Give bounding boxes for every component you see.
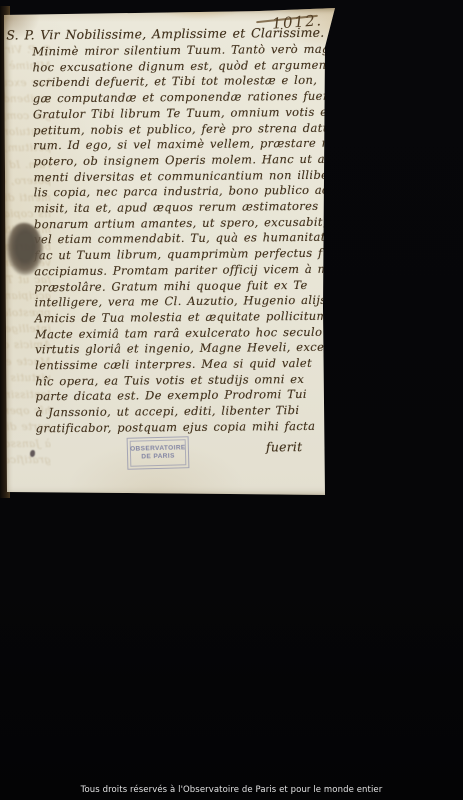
- rights-caption: Tous droits réservés à l'Observatoire de…: [0, 785, 463, 795]
- manuscript-page: S. P. Vir Nobilissime, Amplissime et Cla…: [4, 8, 342, 497]
- manuscript-line: à Janssonio, ut accepi, editi, libenter …: [4, 436, 51, 452]
- observatory-stamp: OBSERVATOIRE DE PARIS: [127, 436, 190, 470]
- ink-blot: [7, 223, 43, 275]
- letter-closing-word: fuerit: [292, 437, 336, 456]
- manuscript-line: gratificabor, postquam ejus copia mihi f…: [36, 419, 336, 437]
- stamp-text: OBSERVATOIRE DE PARIS: [130, 444, 186, 461]
- stamp-line-2: DE PARIS: [130, 452, 186, 461]
- letter-body: S. P. Vir Nobilissime, Amplissime et Cla…: [32, 23, 336, 437]
- manuscript-line: fuerit: [266, 439, 302, 454]
- ink-speck: [30, 450, 35, 457]
- manuscript-line: gratificabor, postquam ejus copia mihi f…: [4, 452, 51, 468]
- document-viewer: S. P. Vir Nobilissime, Amplissime et Cla…: [0, 0, 463, 800]
